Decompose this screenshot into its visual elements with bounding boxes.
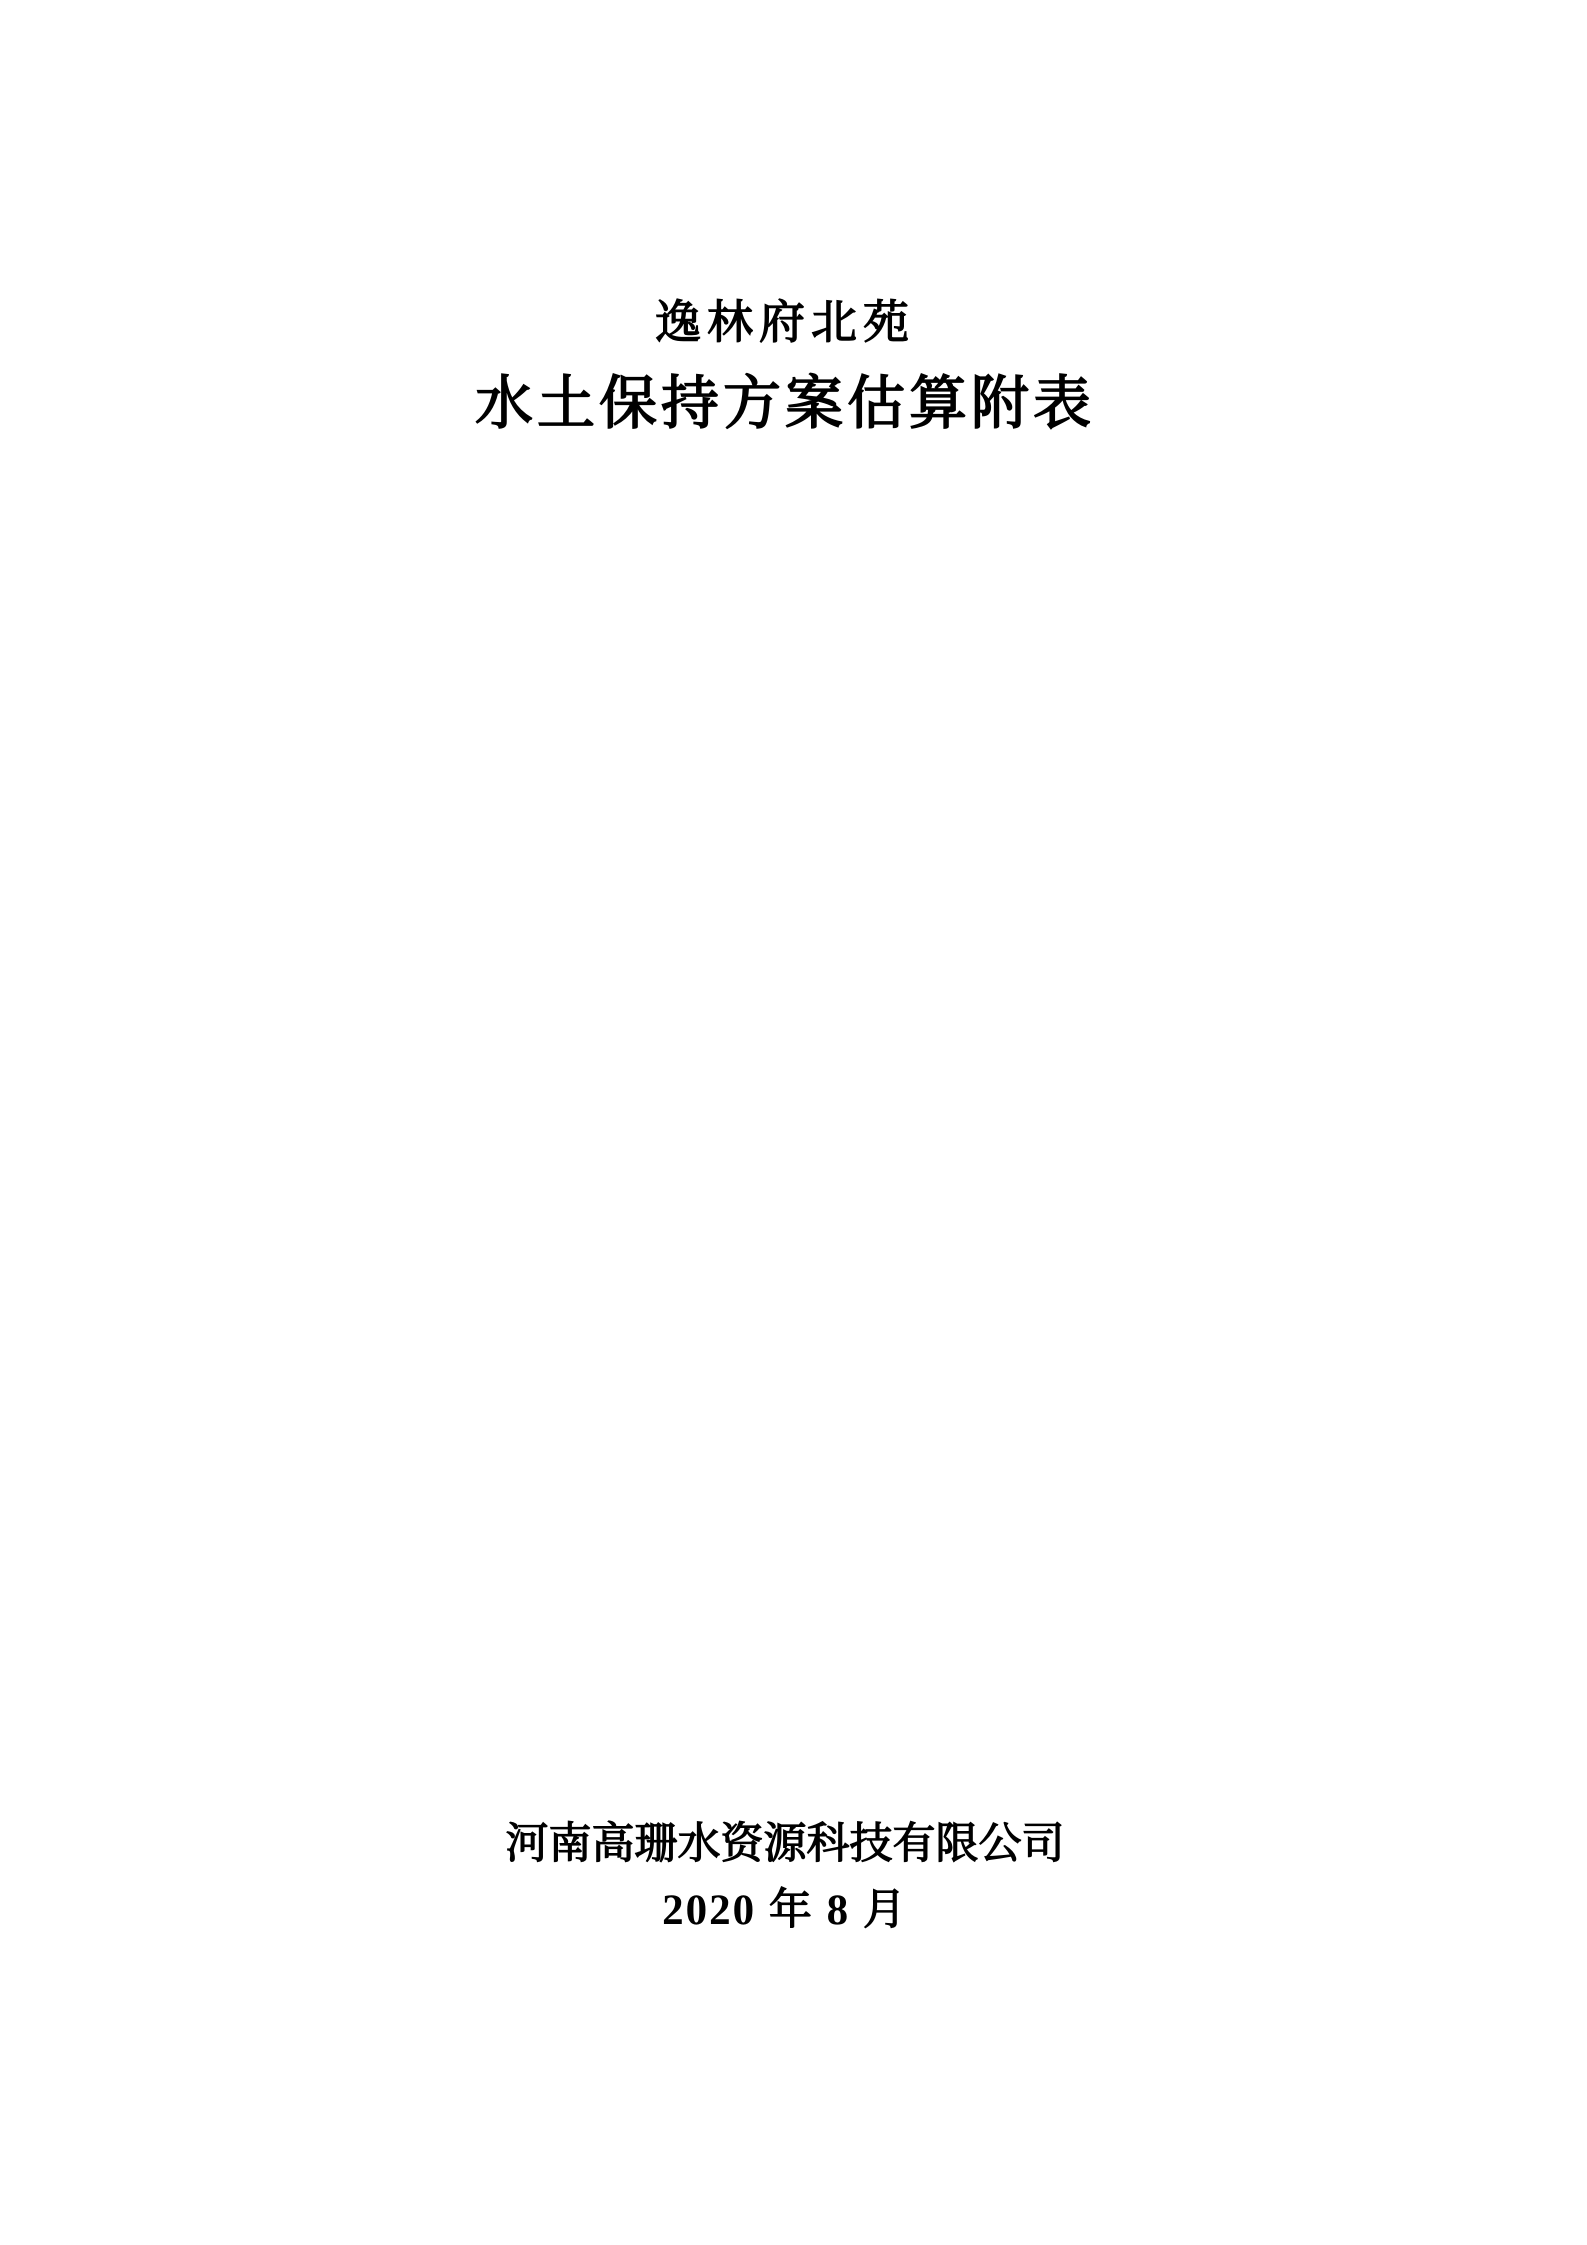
document-cover-page: 逸林府北苑 水土保持方案估算附表 河南高珊水资源科技有限公司 2020 年 8 … xyxy=(0,0,1587,2245)
company-name: 河南高珊水资源科技有限公司 xyxy=(0,1810,1570,1871)
document-date: 2020 年 8 月 xyxy=(0,1876,1570,1937)
project-name: 逸林府北苑 xyxy=(0,286,1570,352)
document-title: 水土保持方案估算附表 xyxy=(0,356,1570,440)
